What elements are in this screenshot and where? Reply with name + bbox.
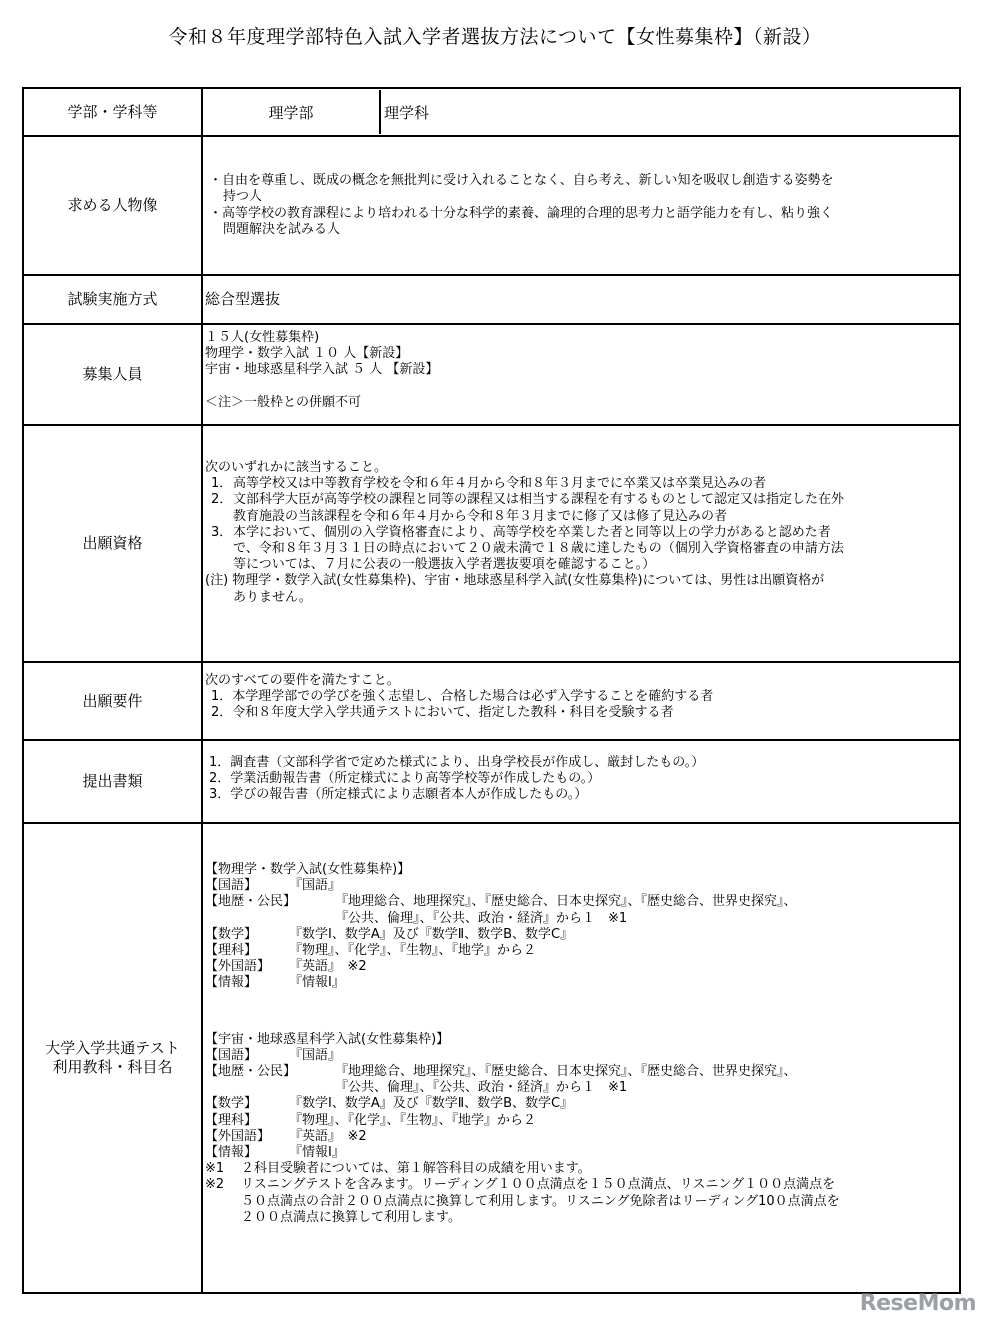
label-common-test: 大学入学共通テスト 利用教科・科目名 xyxy=(23,823,202,1293)
documents-content: 1．調査書（文部科学省で定めた様式により、出身学校長が作成し、厳封したもの。） … xyxy=(202,740,960,823)
capacity-content: １５人(女性募集枠) 物理学・数学入試 １０ 人【新設】 宇宙・地球惑星科学入試… xyxy=(202,324,960,425)
capacity-note: ＜注＞一般枠との併願不可 xyxy=(205,395,955,411)
row-common-test: 大学入学共通テスト 利用教科・科目名 【物理学・数学入試(女性募集枠)】 【国語… xyxy=(23,823,960,1293)
label-capacity: 募集人員 xyxy=(23,324,202,425)
footnote-2: ※2 リスニングテストを含みます。リーディング１００点満点を１５０点満点、リスニ… xyxy=(205,1177,955,1226)
row-eligibility: 出願資格 次のいずれかに該当すること。 1． 高等学校又は中等教育学校を令和６年… xyxy=(23,425,960,662)
label-exam-method: 試験実施方式 xyxy=(23,275,202,324)
label-eligibility: 出願資格 xyxy=(23,425,202,662)
page-title: 令和８年度理学部特色入試入学者選抜方法について【女性募集枠】（新設） xyxy=(0,24,990,50)
capacity-line: １５人(女性募集枠) xyxy=(205,330,955,346)
requirement-item: 2．令和８年度大学入学共通テストにおいて、指定した教科・科目を受験する者 xyxy=(205,705,955,721)
ideal-line: ・高等学校の教育課程により培われる十分な科学的素養、論理的合理的思考力と語学能力… xyxy=(209,206,955,222)
spacer xyxy=(205,992,955,1032)
document-item: 1．調査書（文部科学省で定めた様式により、出身学校長が作成し、厳封したもの。） xyxy=(209,755,955,771)
label-ideal-student: 求める人物像 xyxy=(23,136,202,275)
eligibility-item: 2． 文部科学大臣が高等学校の課程と同等の課程又は相当する課程を有するものとして… xyxy=(205,492,955,524)
footnote-1: ※1 ２科目受験者については、第１解答科目の成績を用います。 xyxy=(205,1161,955,1177)
row-capacity: 募集人員 １５人(女性募集枠) 物理学・数学入試 １０ 人【新設】 宇宙・地球惑… xyxy=(23,324,960,425)
requirements-content: 次のすべての要件を満たすこと。 1．本学理学部での学びを強く志望し、合格した場合… xyxy=(202,662,960,740)
eligibility-note: ありません。 xyxy=(205,590,955,606)
row-documents: 提出書類 1．調査書（文部科学省で定めた様式により、出身学校長が作成し、厳封した… xyxy=(23,740,960,823)
requirements-intro: 次のすべての要件を満たすこと。 xyxy=(205,673,955,689)
spacer xyxy=(205,379,955,395)
track-space-earth: 【宇宙・地球惑星科学入試(女性募集枠)】 【国語】『国語』 【地歴・公民】『地理… xyxy=(205,1032,955,1162)
ideal-line: 持つ人 xyxy=(209,189,955,205)
resemom-logo: ReseMom xyxy=(860,1291,976,1316)
department-name: 理学科 xyxy=(381,90,429,134)
row-exam-method: 試験実施方式 総合型選抜 xyxy=(23,275,960,324)
track-heading: 【物理学・数学入試(女性募集枠)】 xyxy=(205,862,955,878)
exam-method-value: 総合型選抜 xyxy=(202,275,960,324)
document-item: 2．学業活動報告書（所定様式により高等学校等が作成したもの。） xyxy=(209,771,955,787)
document-item: 3．学びの報告書（所定様式により志願者本人が作成したもの。） xyxy=(209,787,955,803)
row-ideal-student: 求める人物像 ・自由を尊重し、既成の概念を無批判に受け入れることなく、自ら考え、… xyxy=(23,136,960,275)
capacity-line: 宇宙・地球惑星科学入試 ５ 人 【新設】 xyxy=(205,362,955,378)
track-heading: 【宇宙・地球惑星科学入試(女性募集枠)】 xyxy=(205,1032,955,1048)
eligibility-intro: 次のいずれかに該当すること。 xyxy=(205,460,955,476)
ideal-line: 問題解決を試みる人 xyxy=(209,222,955,238)
faculty-name: 理学部 xyxy=(203,90,381,134)
row-requirements: 出願要件 次のすべての要件を満たすこと。 1．本学理学部での学びを強く志望し、合… xyxy=(23,662,960,740)
label-documents: 提出書類 xyxy=(23,740,202,823)
requirement-item: 1．本学理学部での学びを強く志望し、合格した場合は必ず入学することを確約する者 xyxy=(205,689,955,705)
ideal-student-content: ・自由を尊重し、既成の概念を無批判に受け入れることなく、自ら考え、新しい知を吸収… xyxy=(202,136,960,275)
ideal-line: ・自由を尊重し、既成の概念を無批判に受け入れることなく、自ら考え、新しい知を吸収… xyxy=(209,173,955,189)
track-physics-math: 【物理学・数学入試(女性募集枠)】 【国語】『国語』 【地歴・公民】『地理総合、… xyxy=(205,862,955,992)
admission-table: 学部・学科等 理学部 理学科 求める人物像 ・自由を尊重し、既成の概念を無批判に… xyxy=(22,87,961,1294)
eligibility-item: 3． 本学において、個別の入学資格審査により、高等学校を卒業した者と同等以上の学… xyxy=(205,525,955,574)
common-test-content: 【物理学・数学入試(女性募集枠)】 【国語】『国語』 【地歴・公民】『地理総合、… xyxy=(202,823,960,1293)
eligibility-item: 1． 高等学校又は中等教育学校を令和６年４月から令和８年３月までに卒業又は卒業見… xyxy=(205,476,955,492)
row-department: 学部・学科等 理学部 理学科 xyxy=(23,88,960,136)
label-department: 学部・学科等 xyxy=(23,88,202,136)
eligibility-note: (注) 物理学・数学入試(女性募集枠)、宇宙・地球惑星科学入試(女性募集枠)につ… xyxy=(205,573,955,589)
capacity-line: 物理学・数学入試 １０ 人【新設】 xyxy=(205,346,955,362)
eligibility-content: 次のいずれかに該当すること。 1． 高等学校又は中等教育学校を令和６年４月から令… xyxy=(202,425,960,662)
label-requirements: 出願要件 xyxy=(23,662,202,740)
